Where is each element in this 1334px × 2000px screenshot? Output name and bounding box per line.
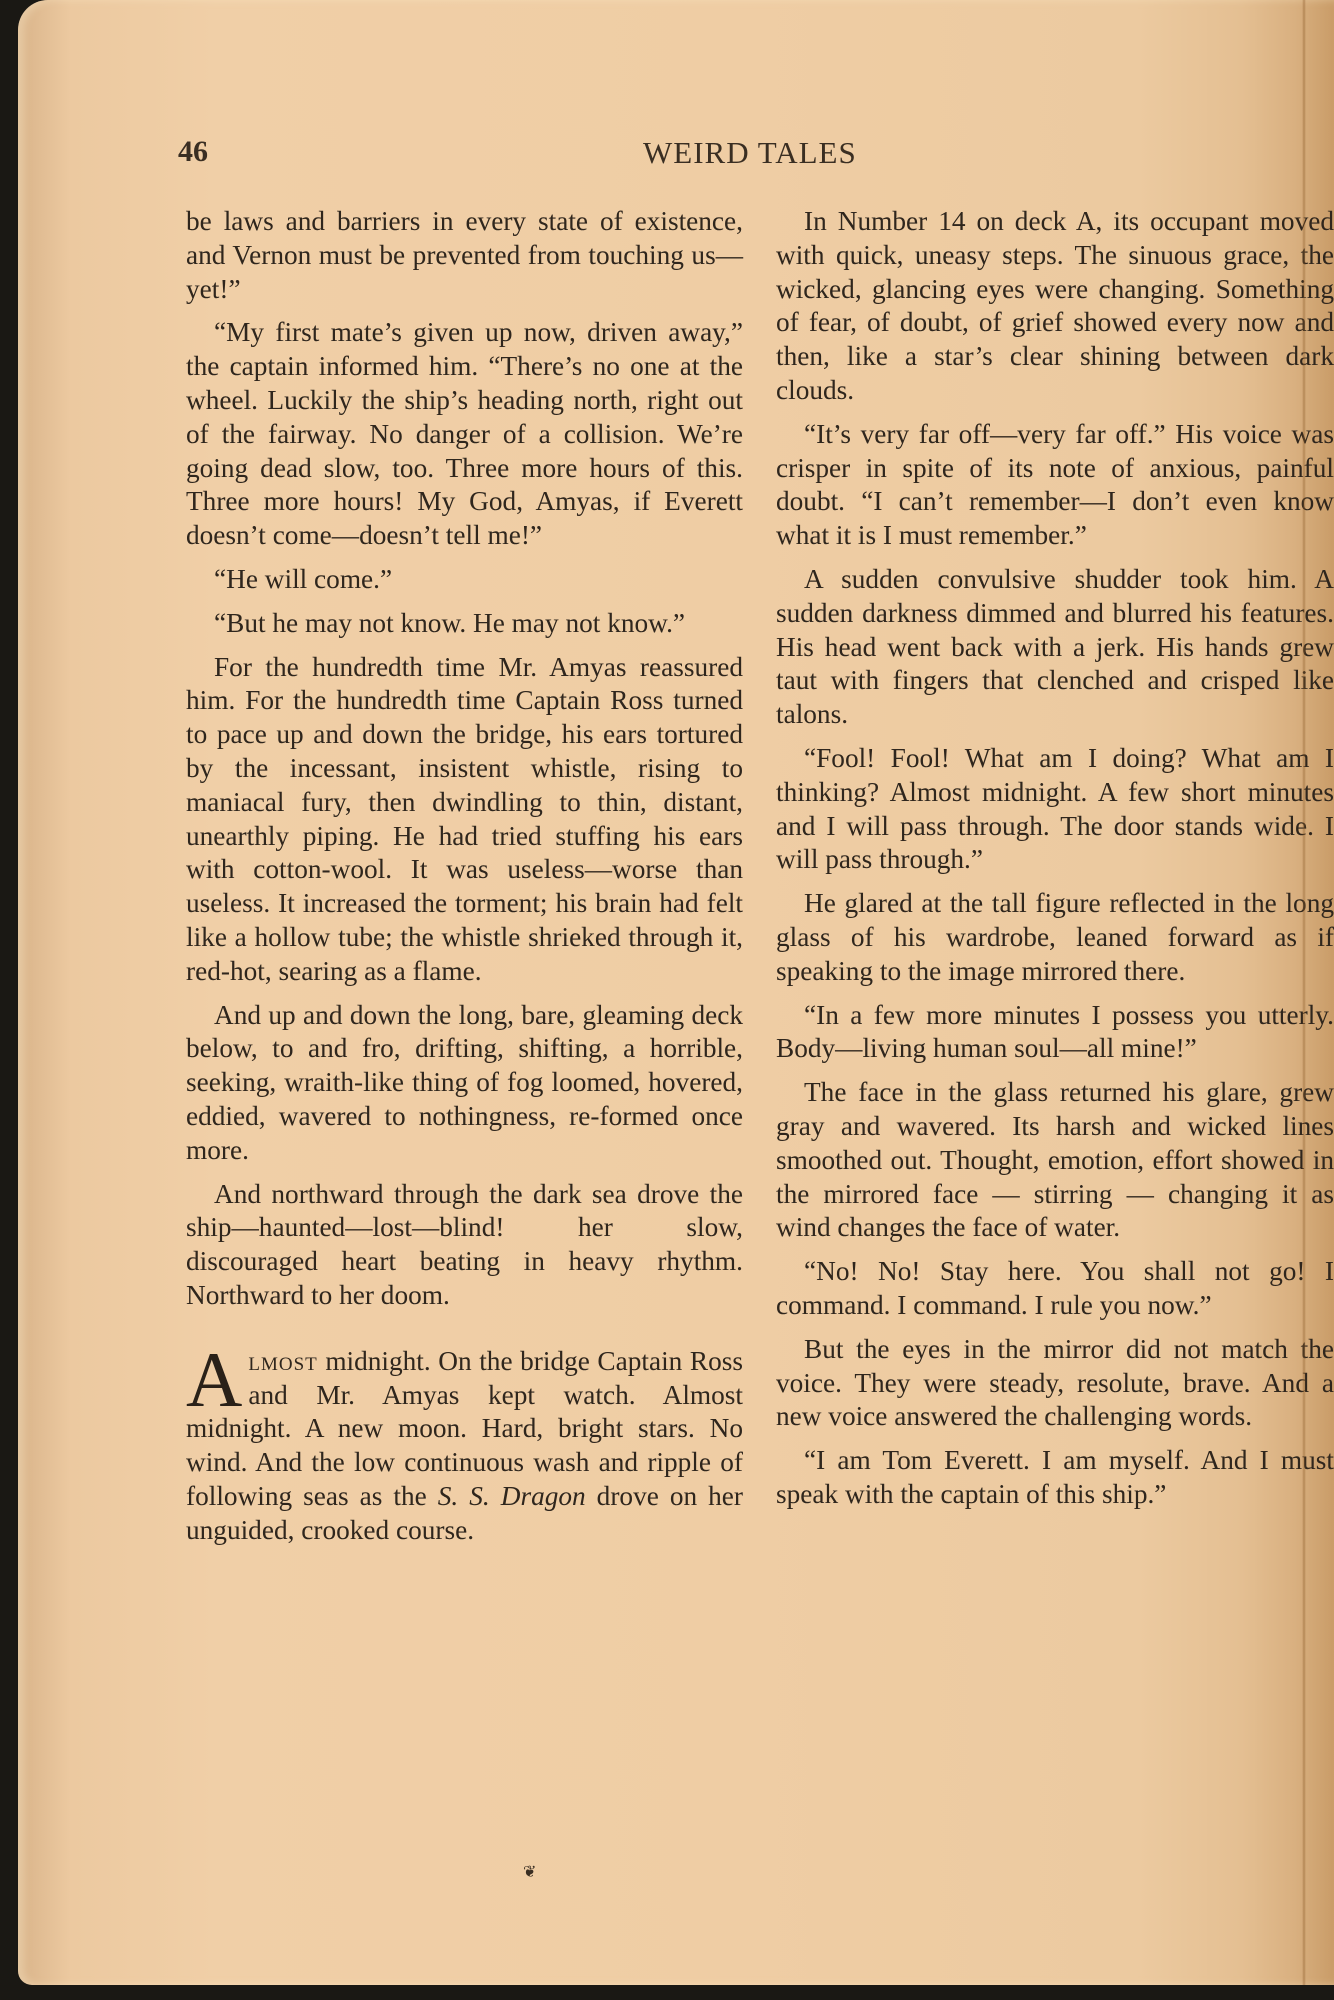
running-title: WEIRD TALES [643, 135, 857, 171]
paragraph: The face in the glass returned his glare… [776, 1076, 1334, 1245]
paragraph: “It’s very far off—very far off.” His vo… [776, 418, 1334, 553]
magazine-page: 46 WEIRD TALES be laws and barriers in e… [18, 0, 1334, 1985]
ship-name: S. S. Dragon [438, 1481, 586, 1511]
paragraph: But the eyes in the mirror did not match… [776, 1333, 1334, 1434]
paragraph: “No! No! Stay here. You shall not go! I … [776, 1255, 1334, 1323]
paragraph: In Number 14 on deck A, its occupant mov… [776, 205, 1334, 408]
paragraph: be laws and barriers in every state of e… [186, 205, 743, 306]
section-break-paragraph: Almost midnight. On the bridge Captain R… [186, 1345, 743, 1548]
paragraph: A sudden convulsive shudder took him. A … [776, 563, 1334, 732]
paragraph: “Fool! Fool! What am I doing? What am I … [776, 742, 1334, 877]
right-column: In Number 14 on deck A, its occupant mov… [776, 205, 1334, 1522]
paragraph: He glared at the tall figure reflected i… [776, 887, 1334, 988]
ornament-icon: ❦ [523, 1862, 536, 1881]
paragraph: And northward through the dark sea drove… [186, 1178, 743, 1313]
paragraph: “I am Tom Everett. I am myself. And I mu… [776, 1444, 1334, 1512]
page-number: 46 [178, 135, 208, 169]
small-caps-lead: lmost [248, 1346, 317, 1376]
paragraph: “In a few more minutes I possess you utt… [776, 999, 1334, 1067]
paragraph: And up and down the long, bare, gleaming… [186, 999, 743, 1168]
left-column: be laws and barriers in every state of e… [186, 205, 743, 1557]
paragraph: “But he may not know. He may not know.” [186, 607, 743, 641]
page-header: 46 WEIRD TALES [178, 135, 1178, 175]
paragraph: “He will come.” [186, 563, 743, 597]
paragraph: For the hundredth time Mr. Amyas reassur… [186, 651, 743, 989]
paragraph: “My first mate’s given up now, driven aw… [186, 316, 743, 553]
drop-cap: A [186, 1349, 242, 1411]
